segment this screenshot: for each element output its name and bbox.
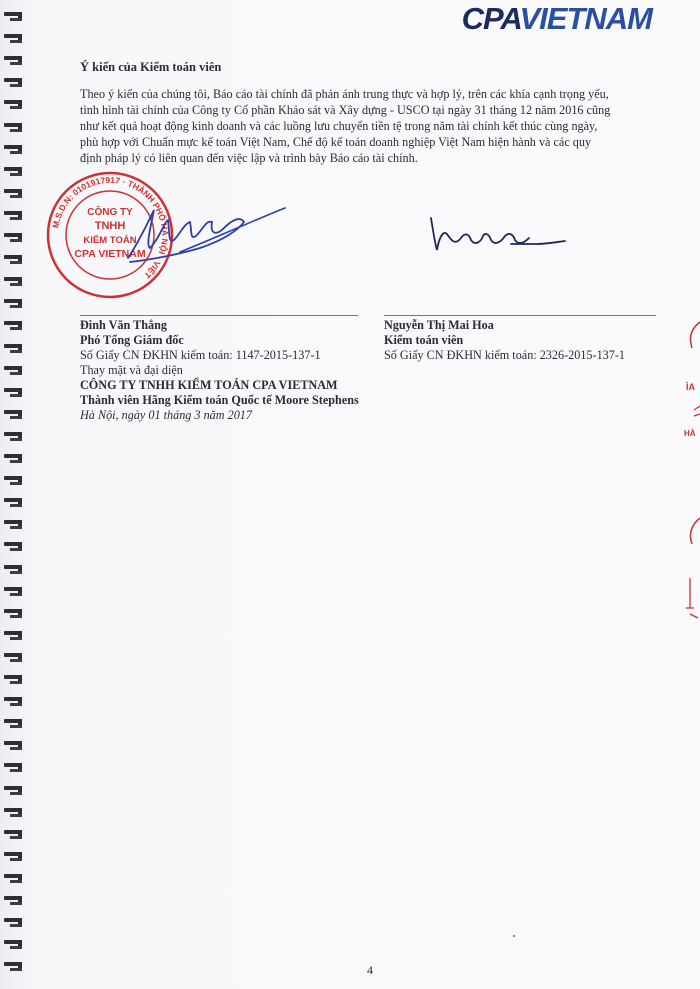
logo-vietnam-text: VIETNAM (520, 1, 653, 36)
right-signatory-name: Nguyễn Thị Mai Hoa (384, 318, 625, 333)
svg-text:HÀ: HÀ (684, 429, 696, 438)
cpa-vietnam-logo: CPAVIETNAM (462, 4, 652, 34)
binding-ring (4, 432, 24, 441)
binding-ring (4, 830, 24, 839)
right-signatory-block: Nguyễn Thị Mai Hoa Kiểm toán viên Số Giấ… (384, 318, 625, 363)
binding-ring (4, 719, 24, 728)
binding-ring (4, 675, 24, 684)
binding-ring (4, 12, 24, 21)
audit-company-name: CÔNG TY TNHH KIỂM TOÁN CPA VIETNAM (80, 378, 359, 393)
binding-ring (4, 896, 24, 905)
left-signatory-license: Số Giấy CN ĐKHN kiểm toán: 1147-2015-137… (80, 348, 359, 363)
page-number: 4 (0, 963, 700, 978)
edge-stamp-fragment: ÌA HÀ (678, 318, 700, 658)
binding-ring (4, 145, 24, 154)
binding-ring (4, 410, 24, 419)
left-signature (120, 200, 290, 270)
binding-ring (4, 786, 24, 795)
binding-ring (4, 498, 24, 507)
binding-ring (4, 100, 24, 109)
right-signature-line (384, 315, 656, 316)
on-behalf-label: Thay mặt và đại diện (80, 363, 359, 378)
binding-ring (4, 918, 24, 927)
right-signatory-license: Số Giấy CN ĐKHN kiểm toán: 2326-2015-137… (384, 348, 625, 363)
binding-ring (4, 56, 24, 65)
spiral-binding (0, 0, 28, 989)
scan-speck (513, 935, 515, 937)
binding-ring (4, 233, 24, 242)
paragraph-line: định pháp lý có liên quan đến việc lập v… (80, 150, 660, 166)
binding-ring (4, 123, 24, 132)
binding-ring (4, 454, 24, 463)
binding-ring (4, 763, 24, 772)
binding-ring (4, 874, 24, 883)
right-signature (425, 208, 570, 258)
binding-ring (4, 940, 24, 949)
binding-ring (4, 520, 24, 529)
logo-cpa-text: CPA (462, 1, 520, 36)
membership-line: Thành viên Hãng Kiểm toán Quốc tế Moore … (80, 393, 359, 408)
paragraph-line: như kết quả hoạt động kinh doanh và các … (80, 118, 660, 134)
left-signatory-name: Đinh Văn Thắng (80, 318, 359, 333)
binding-ring (4, 189, 24, 198)
left-signatory-block: Đinh Văn Thắng Phó Tổng Giám đốc Số Giấy… (80, 318, 359, 423)
binding-ring (4, 565, 24, 574)
svg-text:ÌA: ÌA (685, 382, 696, 392)
binding-ring (4, 476, 24, 485)
binding-ring (4, 697, 24, 706)
binding-ring (4, 542, 24, 551)
right-signatory-title: Kiểm toán viên (384, 333, 625, 348)
binding-ring (4, 366, 24, 375)
binding-ring (4, 277, 24, 286)
document-page: CPAVIETNAM Ý kiến của Kiểm toán viên The… (0, 0, 700, 989)
binding-ring (4, 609, 24, 618)
binding-ring (4, 741, 24, 750)
section-heading: Ý kiến của Kiểm toán viên (80, 59, 221, 75)
binding-ring (4, 631, 24, 640)
binding-ring (4, 78, 24, 87)
binding-ring (4, 808, 24, 817)
paragraph-line: tình hình tài chính của Công ty Cổ phần … (80, 102, 660, 118)
binding-ring (4, 321, 24, 330)
binding-ring (4, 34, 24, 43)
binding-ring (4, 344, 24, 353)
binding-ring (4, 587, 24, 596)
binding-ring (4, 653, 24, 662)
paragraph-line: Theo ý kiến của chúng tôi, Báo cáo tài c… (80, 86, 660, 102)
left-signatory-title: Phó Tổng Giám đốc (80, 333, 359, 348)
binding-ring (4, 211, 24, 220)
paragraph-line: phù hợp với Chuẩn mực kế toán Việt Nam, … (80, 134, 660, 150)
left-signature-line (80, 315, 358, 316)
binding-ring (4, 299, 24, 308)
binding-ring (4, 388, 24, 397)
opinion-paragraph: Theo ý kiến của chúng tôi, Báo cáo tài c… (80, 86, 660, 166)
binding-ring (4, 167, 24, 176)
place-date: Hà Nội, ngày 01 tháng 3 năm 2017 (80, 408, 359, 423)
binding-ring (4, 852, 24, 861)
binding-ring (4, 255, 24, 264)
